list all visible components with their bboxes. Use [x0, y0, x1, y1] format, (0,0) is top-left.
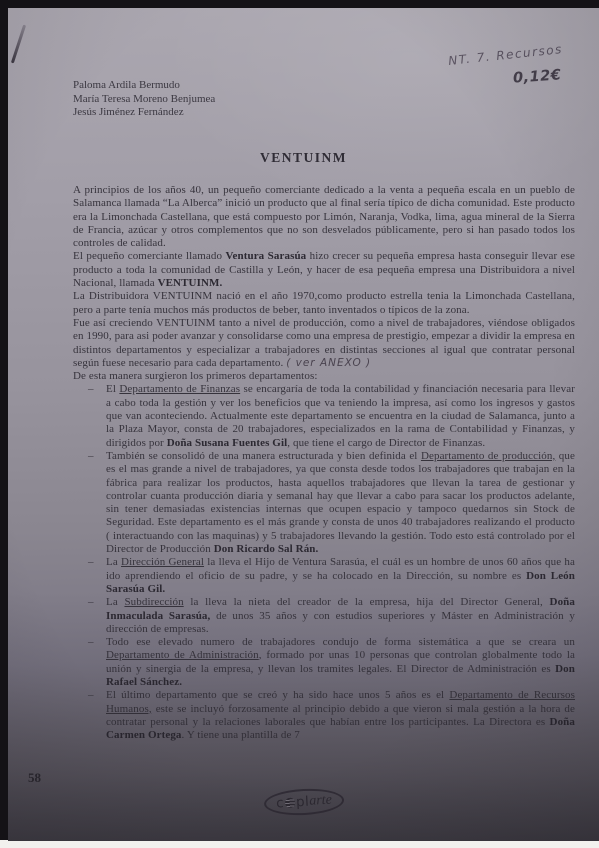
- bullet-text: La Subdirección la lleva la nieta del cr…: [106, 596, 575, 635]
- bullet-administracion: – Todo ese elevado numero de trabajadore…: [73, 636, 575, 689]
- paragraph-expansion: Fue así creciendo VENTUINM tanto a nivel…: [73, 317, 575, 370]
- document-body: A principios de los años 40, un pequeño …: [73, 184, 575, 742]
- bullet-dash: –: [88, 383, 94, 396]
- author-list: Paloma Ardila Bermudo María Teresa Moren…: [73, 79, 215, 120]
- author-line: Paloma Ardila Bermudo: [73, 79, 215, 93]
- page-number: 58: [28, 770, 41, 786]
- bullet-dash: –: [88, 556, 94, 569]
- paragraph-founding: La Distribuidora VENTUINM nació en el añ…: [73, 290, 575, 317]
- publisher-logo: c pl arte: [263, 787, 344, 817]
- bullet-dash: –: [88, 450, 94, 463]
- author-line: Jesús Jiménez Fernández: [73, 106, 215, 120]
- pen-slash-mark: [11, 25, 26, 64]
- paragraph-origin: A principios de los años 40, un pequeño …: [73, 184, 575, 250]
- bullet-dash: –: [88, 636, 94, 649]
- bullet-dash: –: [88, 596, 94, 609]
- bullet-text: La Dirección General la lleva el Hijo de…: [106, 556, 575, 595]
- logo-e-glyph-icon: [284, 797, 295, 808]
- bullet-text: El Departamento de Finanzas se encargarí…: [106, 383, 575, 448]
- author-line: María Teresa Moreno Benjumea: [73, 93, 215, 107]
- doc-title: VENTUINM: [8, 150, 599, 166]
- handwritten-price-note: 0,12€: [512, 67, 561, 86]
- bullet-text: Todo ese elevado numero de trabajadores …: [106, 636, 575, 688]
- document-page: NT. 7. Recursos 0,12€ Paloma Ardila Berm…: [8, 8, 599, 841]
- bullet-subdireccion: – La Subdirección la lleva la nieta del …: [73, 596, 575, 636]
- paragraph-departments-intro: De esta manera surgieron los primeros de…: [73, 370, 575, 383]
- bullet-dash: –: [88, 689, 94, 702]
- logo-letter-c: c: [275, 796, 284, 810]
- paragraph-growth: El pequeño comerciante llamado Ventura S…: [73, 250, 575, 290]
- logo-word-arte: arte: [308, 793, 331, 808]
- bullet-text: El último departamento que se creó y ha …: [106, 689, 575, 741]
- bullet-recursos-humanos: – El último departamento que se creó y h…: [73, 689, 575, 742]
- bullet-finanzas: – El Departamento de Finanzas se encarga…: [73, 383, 575, 449]
- logo-letters-pl: pl: [295, 794, 309, 809]
- bullet-text: También se consolidó de una manera estru…: [106, 450, 575, 555]
- handwritten-topic-note: NT. 7. Recursos: [448, 42, 564, 68]
- bullet-direccion-general: – La Dirección General la lleva el Hijo …: [73, 556, 575, 596]
- scanner-background-strip: [0, 840, 599, 848]
- scanned-document-photo: NT. 7. Recursos 0,12€ Paloma Ardila Berm…: [0, 0, 599, 848]
- bullet-produccion: – También se consolidó de una manera est…: [73, 450, 575, 556]
